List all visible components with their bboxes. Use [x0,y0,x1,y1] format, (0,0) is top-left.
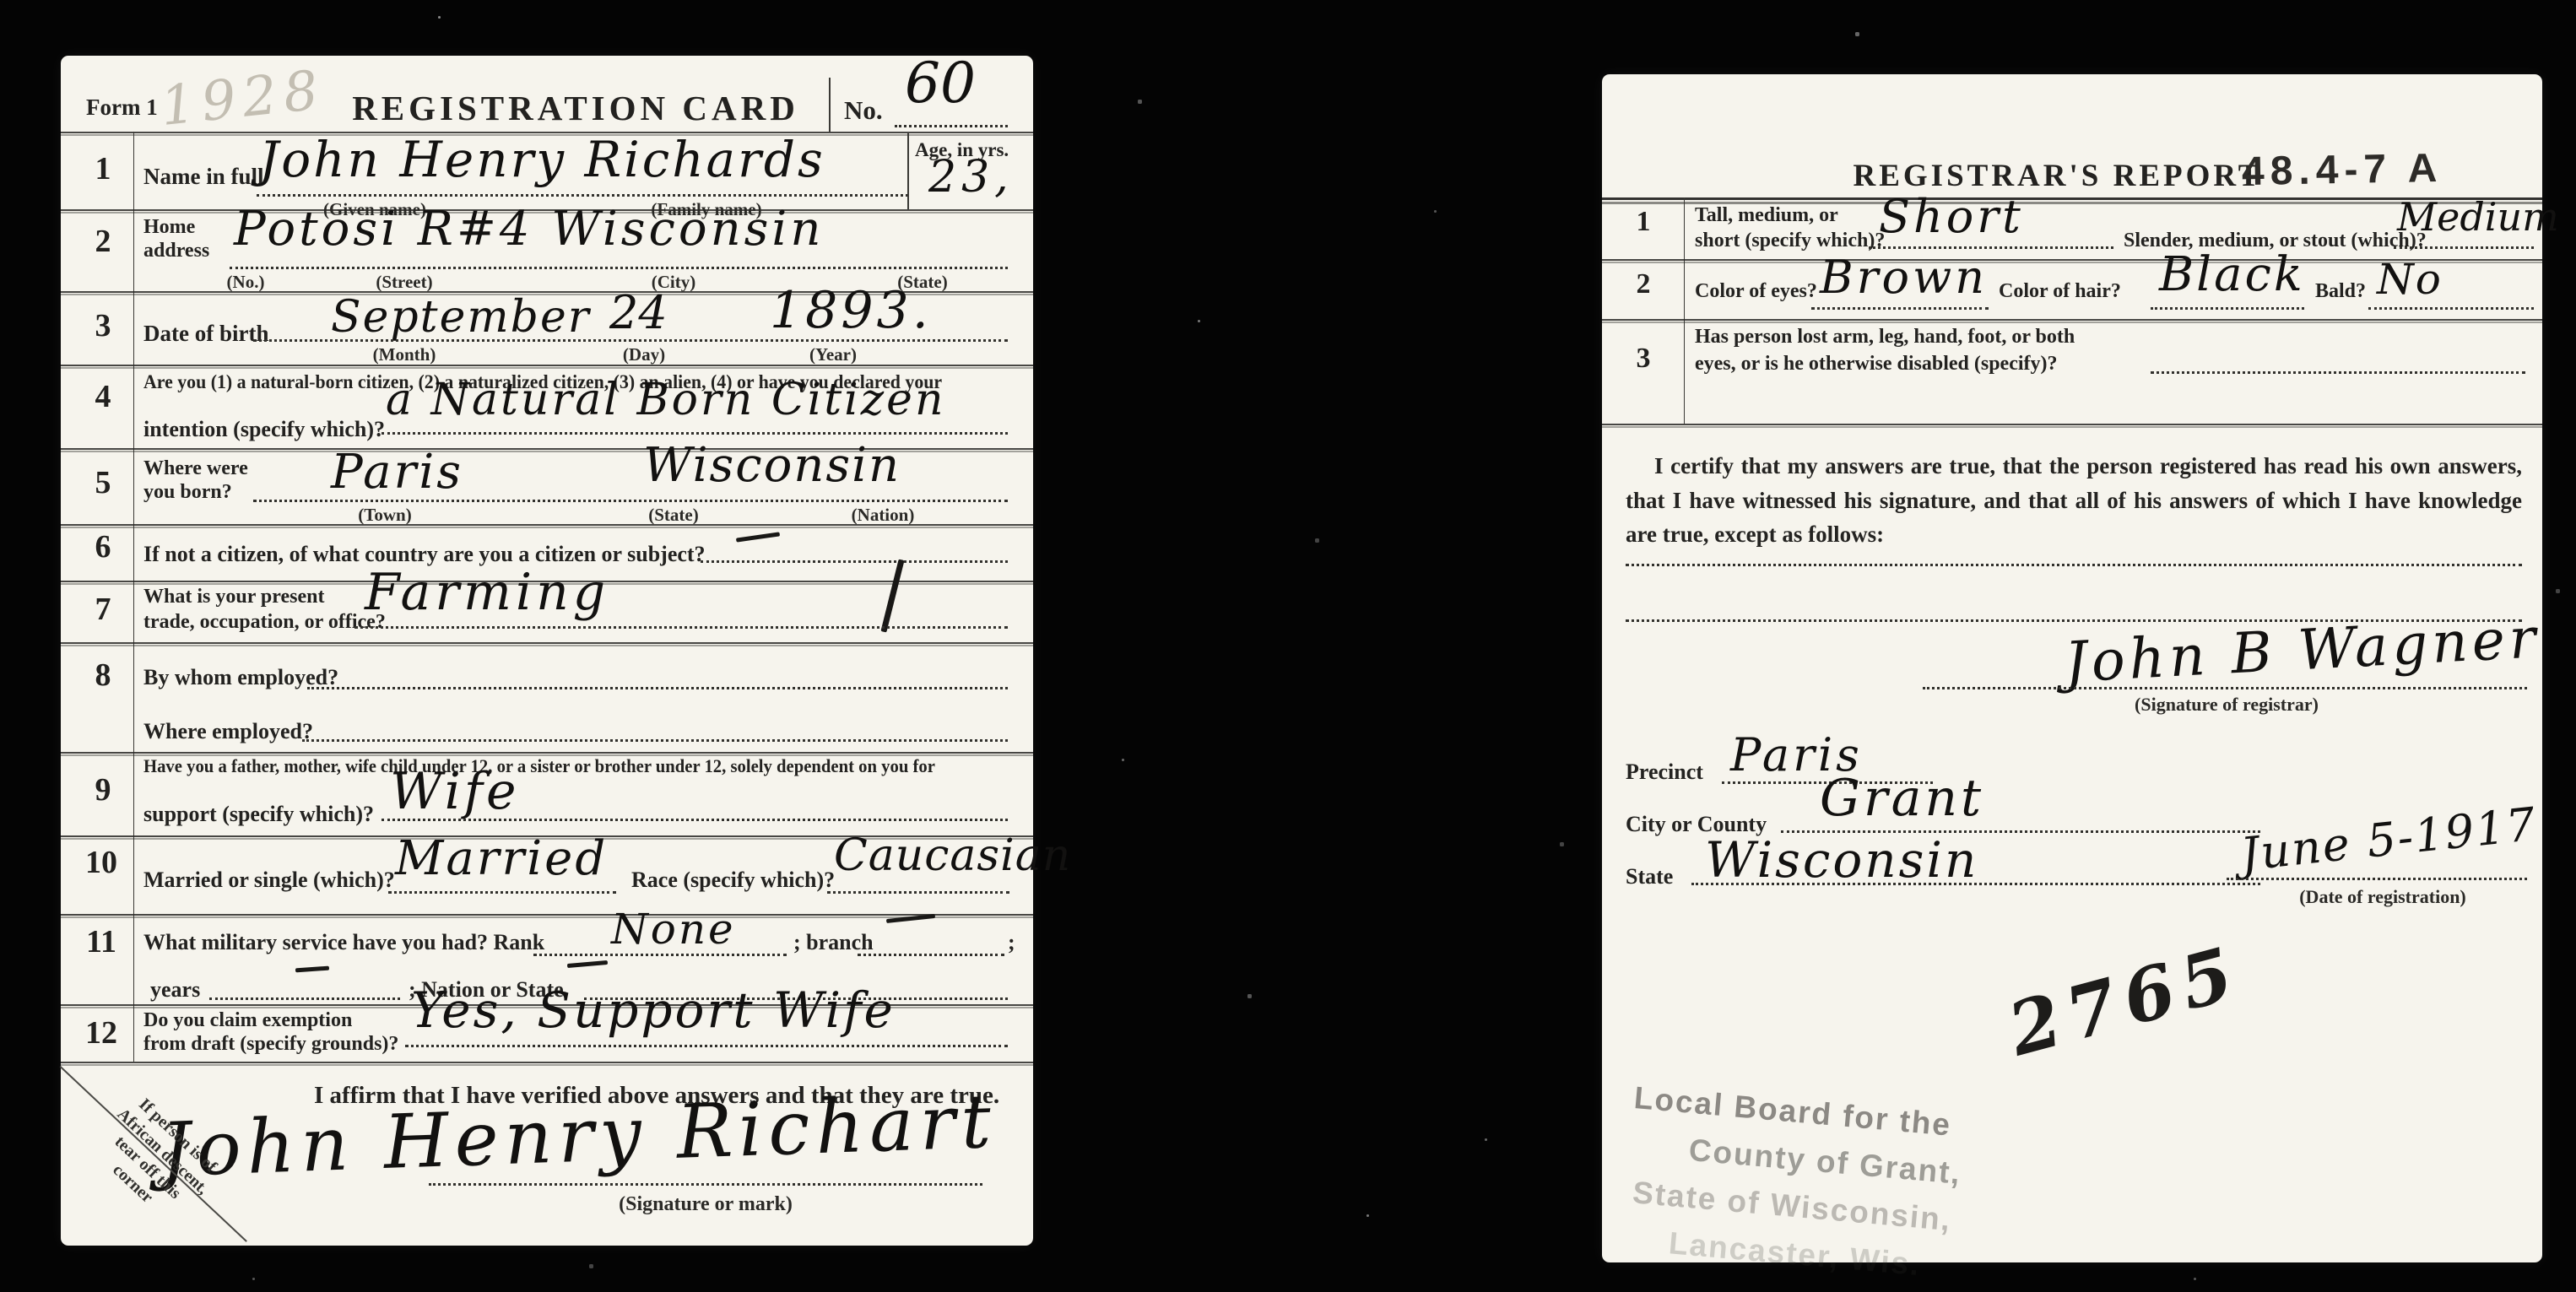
registrar-signature-dotted-line [1923,687,2527,689]
eyes-label: Color of eyes? [1695,280,1817,303]
precinct-label: Precinct [1626,760,1703,784]
born-dotted-line [253,500,1008,502]
stamp-line: Local Board for the [1632,1080,1967,1144]
registrar-signature: John B Wagner [2064,610,2541,690]
no-label: No. [844,96,883,126]
dob-year-sublabel: (Year) [782,344,884,365]
registration-date-label: (Date of registration) [2243,886,2522,908]
exemption-value: Yes, Support Wife [411,986,896,1035]
dob-day-value: 24 [609,290,668,336]
years-dotted-line [209,997,400,1000]
report-line1-number: 1 [1614,206,1673,238]
certification-text: I certify that my answers are true, that… [1626,449,2522,552]
line2-number: 2 [78,223,128,260]
trade-label-top: What is your present [143,586,324,608]
row-rule [61,365,1033,366]
serial-scrawl: 2765 [2002,936,2249,1067]
citizenship-question-line2: intention (specify which)? [143,417,385,441]
no-divider [829,78,831,132]
pen-dash [295,966,329,973]
married-value: Married [395,835,608,883]
row-rule [61,914,1033,916]
city-county-value: Grant [1820,773,1984,824]
dob-day-sublabel: (Day) [593,344,695,365]
disability-question-line2: eyes, or is he otherwise disabled (speci… [1695,353,2058,376]
serial-no-value: 60 [905,56,976,111]
born-town-sublabel: (Town) [334,505,436,526]
row-rule [61,752,1033,754]
row-rule [1602,424,2542,425]
age-box-divider [907,133,909,209]
exceptions-dotted-line-1 [1626,564,2522,566]
born-nation-sublabel: (Nation) [832,505,934,526]
dob-month-sublabel: (Month) [354,344,455,365]
registrars-report-card: REGISTRAR'S REPORT 48.4-7 A 1 Tall, medi… [1602,74,2542,1262]
state-value: Wisconsin [1705,835,1978,884]
bald-label: Bald? [2315,280,2366,303]
state-dotted-line [1691,883,2260,885]
line1-number: 1 [78,150,128,187]
line9-number: 9 [78,771,128,808]
exemption-label-top: Do you claim exemption [143,1009,352,1032]
exemption-label-bottom: from draft (specify grounds)? [143,1033,398,1056]
address-dotted-line [230,267,1008,269]
eyes-value: Brown [1820,255,1988,300]
rank-dotted-line [533,954,787,956]
form-number-label: Form 1 [86,95,158,120]
state-label: State [1626,864,1673,889]
citizenship-dotted-line [382,432,1008,435]
born-town-value: Paris [331,449,463,496]
eyes-dotted-line [1811,307,1989,310]
dob-dotted-line [253,339,1008,342]
born-label-top: Where were [143,457,248,480]
dependents-question-line1: Have you a father, mother, wife child un… [143,756,935,777]
age-value: 23, [928,155,1014,199]
trade-dotted-line [354,626,1008,629]
line12-number: 12 [74,1014,128,1051]
home-address-value: Potosi R#4 Wisconsin [234,206,824,253]
race-value: Caucasian [834,834,1071,878]
dependents-dotted-line [382,819,1008,821]
military-rank-value: None [611,908,736,950]
name-value: John Henry Richards [259,135,825,184]
report-stamp-number: 48.4-7 A [2242,145,2443,195]
report-line2-number: 2 [1614,268,1673,300]
penciled-year: 1928 [158,59,328,138]
dob-year-value: 1893. [770,285,932,336]
report-number-column-rule [1684,197,1685,424]
scan-noise [0,0,1,1]
dependents-value: Wife [390,766,520,817]
hair-value: Black [2159,251,2305,299]
row-rule [61,524,1033,526]
dob-month-value: September [331,295,591,339]
bald-value: No [2377,258,2443,300]
height-value: Short [1879,194,2024,240]
dependents-question-line2: support (specify which)? [143,802,374,826]
build-value: Medium [2397,197,2559,236]
branch-semicolon: ; [1008,930,1015,954]
scanned-document-page: Form 1 1928 REGISTRATION CARD No. 60 1 N… [0,0,2576,1292]
registrant-signature: John Henry Richart [160,1084,998,1188]
not-citizen-dotted-line [701,560,1008,563]
married-label: Married or single (which)? [143,868,395,892]
hair-label: Color of hair? [1999,280,2121,303]
height-label-bottom: short (specify which)? [1695,230,1885,252]
line7-number: 7 [78,591,128,628]
citizenship-value: a Natural Born Citizen [386,378,945,422]
trade-label-bottom: trade, occupation, or office? [143,611,386,634]
height-label-top: Tall, medium, or [1695,204,1838,227]
line8-number: 8 [78,657,128,694]
exemption-dotted-line [405,1045,1008,1047]
line11-number: 11 [74,923,128,960]
registration-date-dotted-line [2227,878,2527,880]
name-dotted-line [257,194,908,197]
years-label: years [150,977,200,1002]
name-label: Name in full [143,164,264,189]
where-employed-dotted-line [302,739,1008,742]
card-title: REGISTRATION CARD [331,89,820,128]
number-column-rule [133,132,134,1062]
pen-dash [567,960,608,968]
row-rule [61,1062,1033,1063]
line4-number: 4 [78,378,128,415]
line10-number: 10 [74,844,128,881]
married-dotted-line [388,891,616,894]
no-dotted-line [895,125,1008,127]
signature-dotted-line [429,1183,982,1186]
report-title: REGISTRAR'S REPORT [1821,159,2294,193]
row-rule [1602,319,2542,321]
race-dotted-line [827,891,1009,894]
height-dotted-line [1869,246,2113,249]
born-state-value: Wisconsin [643,442,901,489]
registration-date-value: June 5-1917 [2238,802,2539,878]
bald-dotted-line [2368,307,2534,310]
address-street-sublabel: (Street) [354,272,455,293]
military-rank-label: What military service have you had? Rank [143,930,544,954]
build-dotted-line [2394,246,2534,249]
where-employed-label: Where employed? [143,719,313,743]
registration-card: Form 1 1928 REGISTRATION CARD No. 60 1 N… [61,56,1033,1246]
disability-question-line1: Has person lost arm, leg, hand, foot, or… [1695,326,2075,349]
line3-number: 3 [78,307,128,344]
row-rule [61,642,1033,644]
local-board-stamp: Local Board for the County of Grant, Sta… [1621,1080,1967,1286]
pen-stroke [880,559,904,632]
signature-or-mark-label: (Signature or mark) [429,1193,982,1216]
line5-number: 5 [78,464,128,501]
report-line3-number: 3 [1614,343,1673,375]
branch-label: ; branch [793,930,874,954]
hair-dotted-line [2151,307,2304,310]
dob-label: Date of birth [143,321,268,346]
trade-value: Farming [365,567,609,618]
by-whom-employed-label: By whom employed? [143,665,338,689]
born-label-bottom: you born? [143,481,232,504]
disability-dotted-line [2151,371,2525,374]
pen-squiggle [736,532,780,542]
registrar-signature-label: (Signature of registrar) [2041,694,2412,716]
address-no-sublabel: (No.) [203,272,288,293]
line6-number: 6 [78,528,128,565]
race-label: Race (specify which)? [631,868,835,892]
by-whom-dotted-line [307,687,1008,689]
home-label: Home [143,216,195,239]
born-state-sublabel: (State) [623,505,724,526]
branch-dotted-line [858,954,1004,956]
address-label: address [143,240,209,262]
